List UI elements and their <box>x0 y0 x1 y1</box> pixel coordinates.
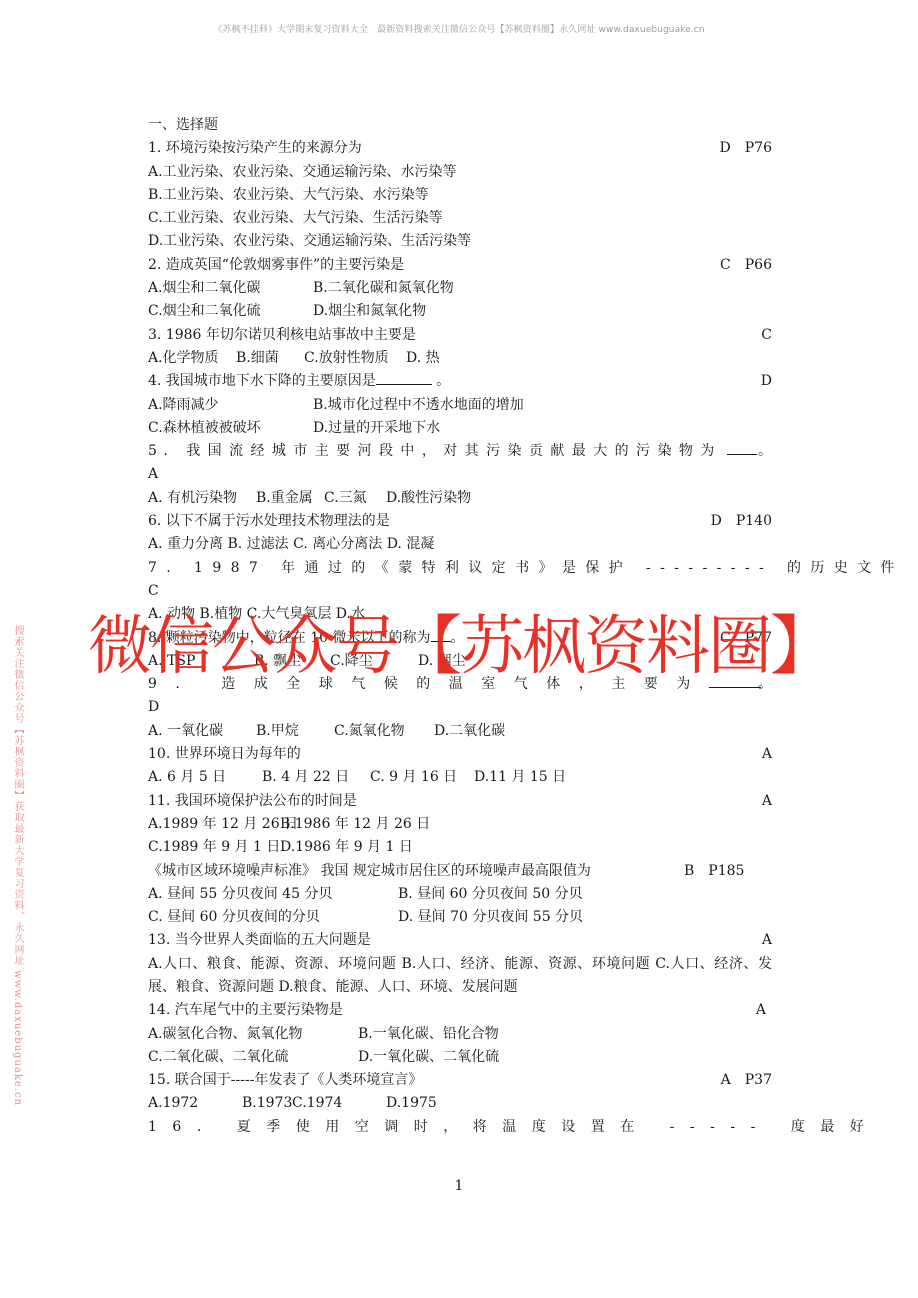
question-stem: 11. 我国环境保护法公布的时间是 A <box>148 790 772 813</box>
option: A. 6 月 5 日 <box>148 766 262 789</box>
option: A. 一氧化碳 <box>148 720 256 743</box>
question-stem: 4. 我国城市地下水下降的主要原因是 。 D <box>148 370 772 393</box>
answer-key: A <box>762 743 772 766</box>
option: B. 4 月 22 日 <box>262 766 370 789</box>
answer-key: C <box>761 324 772 347</box>
option-row: A.烟尘和二氧化碳B.二氧化碳和氮氧化物 <box>148 277 772 300</box>
question-stem: 1. 环境污染按污染产生的来源分为 D P76 <box>148 137 772 160</box>
question-text: 11. 我国环境保护法公布的时间是 <box>148 793 357 809</box>
option: A.工业污染、农业污染、交通运输污染、水污染等 <box>148 161 772 184</box>
question-stem: 9. 造成全球气候的温室气体，主要为 。 <box>148 673 772 696</box>
answer-key: D P76 <box>720 137 772 160</box>
option: D.11 月 15 日 <box>474 769 566 785</box>
question-text: 16. 夏季使用空调时，将温度设置在 ----- 度最好 <box>148 1119 879 1135</box>
question-stem: 8. 颗粒污染物中，粒径在 10 微米以下的称为。 C P77 <box>148 627 772 650</box>
option: A. 昼间 55 分贝夜间 45 分贝 <box>148 883 398 906</box>
option: D.酸性污染物 <box>386 490 471 506</box>
option: A.1972 <box>148 1092 242 1115</box>
question-stem: 14. 汽车尾气中的主要污染物是 A <box>148 999 772 1022</box>
option: B.二氧化碳和氮氧化物 <box>313 280 454 296</box>
option-paragraph: A.人口、粮食、能源、资源、环境问题 B.人口、经济、能源、资源、环境问题 C.… <box>148 953 772 1000</box>
option: A.降雨减少 <box>148 394 313 417</box>
question-text: 14. 汽车尾气中的主要污染物是 <box>148 1002 343 1018</box>
answer-key: D <box>148 696 772 719</box>
option: D. 烟尘 <box>418 653 466 669</box>
answer-key: C P77 <box>720 627 772 650</box>
option: C. 昼间 60 分贝夜间的分贝 <box>148 906 398 929</box>
question-text: 13. 当今世界人类面临的五大问题是 <box>148 932 371 948</box>
option: C.烟尘和二氧化硫 <box>148 300 313 323</box>
punctuation: 。 <box>758 673 772 696</box>
option: A. 动物 <box>148 606 195 622</box>
question-stem: 《城市区域环境噪声标准》 我国 规定城市居住区的环境噪声最高限值为 B P185 <box>148 860 772 883</box>
option: B.重金属 <box>256 487 324 510</box>
option: B.城市化过程中不透水地面的增加 <box>313 397 524 413</box>
question-stem: 2. 造成英国“伦敦烟雾事件”的主要污染是 C P66 <box>148 254 772 277</box>
option: C.降尘 <box>330 650 418 673</box>
option-row: A. 有机污染物B.重金属C.三氮D.酸性污染物 <box>148 487 772 510</box>
option: D.1986 年 9 月 1 日 <box>280 839 413 855</box>
option: C.1989 年 9 月 1 日 <box>148 836 280 859</box>
answer-key: C <box>148 580 772 603</box>
option-row: A.碳氢化合物、氮氧化物B.一氧化碳、铅化合物 <box>148 1023 772 1046</box>
option: A. 有机污染物 <box>148 487 256 510</box>
question-text: 4. 我国城市地下水下降的主要原因是 <box>148 373 376 389</box>
side-banner: 搜索关注微信公众号【苏枫资料圈】获取最新大学复习资料，永久网址 www.daxu… <box>10 625 25 1106</box>
option: A. 重力分离 <box>148 536 223 552</box>
option-row: A.1972B.1973C.1974D.1975 <box>148 1092 772 1115</box>
answer-blank <box>376 370 432 385</box>
question-text: 《城市区域环境噪声标准》 我国 规定城市居住区的环境噪声最高限值为 <box>148 863 591 879</box>
question-stem: 15. 联合国于-----年发表了《人类环境宣言》 A P37 <box>148 1069 772 1092</box>
question-stem: 7. 1987 年通过的《蒙特利议定书》是保护 --------- 的历史文件 <box>148 557 772 580</box>
question-stem: 6. 以下不属于污水处理技术物理法的是 D P140 <box>148 510 772 533</box>
option-row: A. 重力分离 B. 过滤法 C. 离心分离法 D. 混凝 <box>148 533 772 556</box>
section-title: 一、选择题 <box>148 114 772 137</box>
header-banner: 《苏枫不挂科》大学期末复习资料大全 最新资料搜索关注微信公众号【苏枫资料圈】永久… <box>0 22 918 35</box>
option-row: C.1989 年 9 月 1 日D.1986 年 9 月 1 日 <box>148 836 772 859</box>
option: D.烟尘和氮氧化物 <box>313 303 426 319</box>
answer-key: A <box>762 790 772 813</box>
question-text: 2. 造成英国“伦敦烟雾事件”的主要污染是 <box>148 257 404 273</box>
option: C.氮氧化物 <box>334 720 434 743</box>
option: B.植物 <box>199 606 242 622</box>
punctuation: 。 <box>451 630 465 646</box>
option: C.工业污染、农业污染、大气污染、生活污染等 <box>148 207 772 230</box>
option: B. 过滤法 <box>227 536 288 552</box>
question-text: 10. 世界环境日为每年的 <box>148 746 301 762</box>
option: D. 混凝 <box>387 536 435 552</box>
answer-key: D <box>761 370 772 393</box>
option: C.放射性物质 <box>304 347 406 370</box>
question-text: 8. 颗粒污染物中，粒径在 10 微米以下的称为 <box>148 630 431 646</box>
option: D.1975 <box>386 1095 437 1111</box>
question-text: 7. 1987 年通过的《蒙特利议定书》是保护 --------- 的历史文件 <box>148 560 904 576</box>
option: B. 飘尘 <box>254 650 330 673</box>
option: B.1973 <box>242 1092 292 1115</box>
option-row: A. TSPB. 飘尘C.降尘D. 烟尘 <box>148 650 772 673</box>
question-stem: 10. 世界环境日为每年的 A <box>148 743 772 766</box>
punctuation: 。 <box>757 443 772 459</box>
option: B.工业污染、农业污染、大气污染、水污染等 <box>148 184 772 207</box>
question-stem: 16. 夏季使用空调时，将温度设置在 ----- 度最好 <box>148 1116 772 1139</box>
option: B.1986 年 12 月 26 日 <box>280 816 430 832</box>
answer-blank <box>709 673 761 688</box>
option: B.一氧化碳、铅化合物 <box>358 1026 499 1042</box>
option: A.1989 年 12 月 26 日 <box>148 813 280 836</box>
option: D.工业污染、农业污染、交通运输污染、生活污染等 <box>148 230 772 253</box>
option: B.甲烷 <box>256 720 334 743</box>
option: C.森林植被被破坏 <box>148 417 313 440</box>
answer-key: C P66 <box>720 254 772 277</box>
page-number: 1 <box>0 1178 918 1194</box>
option: A. TSP <box>148 650 254 673</box>
question-text: 6. 以下不属于污水处理技术物理法的是 <box>148 513 390 529</box>
option-row: C. 昼间 60 分贝夜间的分贝D. 昼间 70 分贝夜间 55 分贝 <box>148 906 772 929</box>
option-row: A.降雨减少B.城市化过程中不透水地面的增加 <box>148 394 772 417</box>
answer-key: A <box>756 999 766 1022</box>
option: B. 昼间 60 分贝夜间 50 分贝 <box>398 886 583 902</box>
option-row: C.二氧化碳、二氧化硫D.一氧化碳、二氧化硫 <box>148 1046 772 1069</box>
option: A.烟尘和二氧化碳 <box>148 277 313 300</box>
option-row: A. 一氧化碳B.甲烷C.氮氧化物D.二氧化碳 <box>148 720 772 743</box>
option: C. 9 月 16 日 <box>370 766 474 789</box>
option: D.一氧化碳、二氧化硫 <box>358 1049 499 1065</box>
option: C. 离心分离法 <box>293 536 382 552</box>
answer-key: B P185 <box>684 860 744 883</box>
question-text: 3. 1986 年切尔诺贝利核电站事故中主要是 <box>148 327 416 343</box>
question-text: 15. 联合国于-----年发表了《人类环境宣言》 <box>148 1072 422 1088</box>
answer-blank <box>727 440 757 455</box>
option-row: A.化学物质B.细菌C.放射性物质D. 热 <box>148 347 772 370</box>
question-stem: 5. 我国流经城市主要河段中，对其污染贡献最大的污染物为 。 <box>148 440 772 463</box>
option: A.碳氢化合物、氮氧化物 <box>148 1023 358 1046</box>
option: D.水 <box>336 606 365 622</box>
option: C.二氧化碳、二氧化硫 <box>148 1046 358 1069</box>
option-row: C.森林植被被破坏D.过量的开采地下水 <box>148 417 772 440</box>
option: D.过量的开采地下水 <box>313 420 440 436</box>
option-row: A.1989 年 12 月 26 日B.1986 年 12 月 26 日 <box>148 813 772 836</box>
option-row: A. 昼间 55 分贝夜间 45 分贝B. 昼间 60 分贝夜间 50 分贝 <box>148 883 772 906</box>
option-row: A. 动物 B.植物 C.大气臭氧层 D.水 <box>148 603 772 626</box>
question-stem: 3. 1986 年切尔诺贝利核电站事故中主要是 C <box>148 324 772 347</box>
option: C.三氮 <box>324 487 386 510</box>
option: D. 昼间 70 分贝夜间 55 分贝 <box>398 909 583 925</box>
answer-key: A <box>148 463 772 486</box>
option: A.化学物质 <box>148 347 236 370</box>
answer-key: A P37 <box>721 1069 772 1092</box>
option: C.大气臭氧层 <box>247 606 332 622</box>
question-text: 1. 环境污染按污染产生的来源分为 <box>148 140 362 156</box>
option-row: A. 6 月 5 日B. 4 月 22 日C. 9 月 16 日D.11 月 1… <box>148 766 772 789</box>
document-body: 一、选择题 1. 环境污染按污染产生的来源分为 D P76 A.工业污染、农业污… <box>148 114 772 1139</box>
question-text: 9. 造成全球气候的温室气体，主要为 <box>148 676 709 692</box>
option-row: C.烟尘和二氧化硫D.烟尘和氮氧化物 <box>148 300 772 323</box>
question-stem: 13. 当今世界人类面临的五大问题是 A <box>148 929 772 952</box>
answer-key: A <box>762 929 772 952</box>
option: D.二氧化碳 <box>434 723 505 739</box>
answer-blank <box>431 627 451 642</box>
answer-key: D P140 <box>711 510 772 533</box>
question-text: 5. 我国流经城市主要河段中，对其污染贡献最大的污染物为 <box>148 443 722 459</box>
punctuation: 。 <box>436 373 450 389</box>
option: D. 热 <box>406 350 440 366</box>
option: B.细菌 <box>236 347 304 370</box>
option: C.1974 <box>292 1092 386 1115</box>
